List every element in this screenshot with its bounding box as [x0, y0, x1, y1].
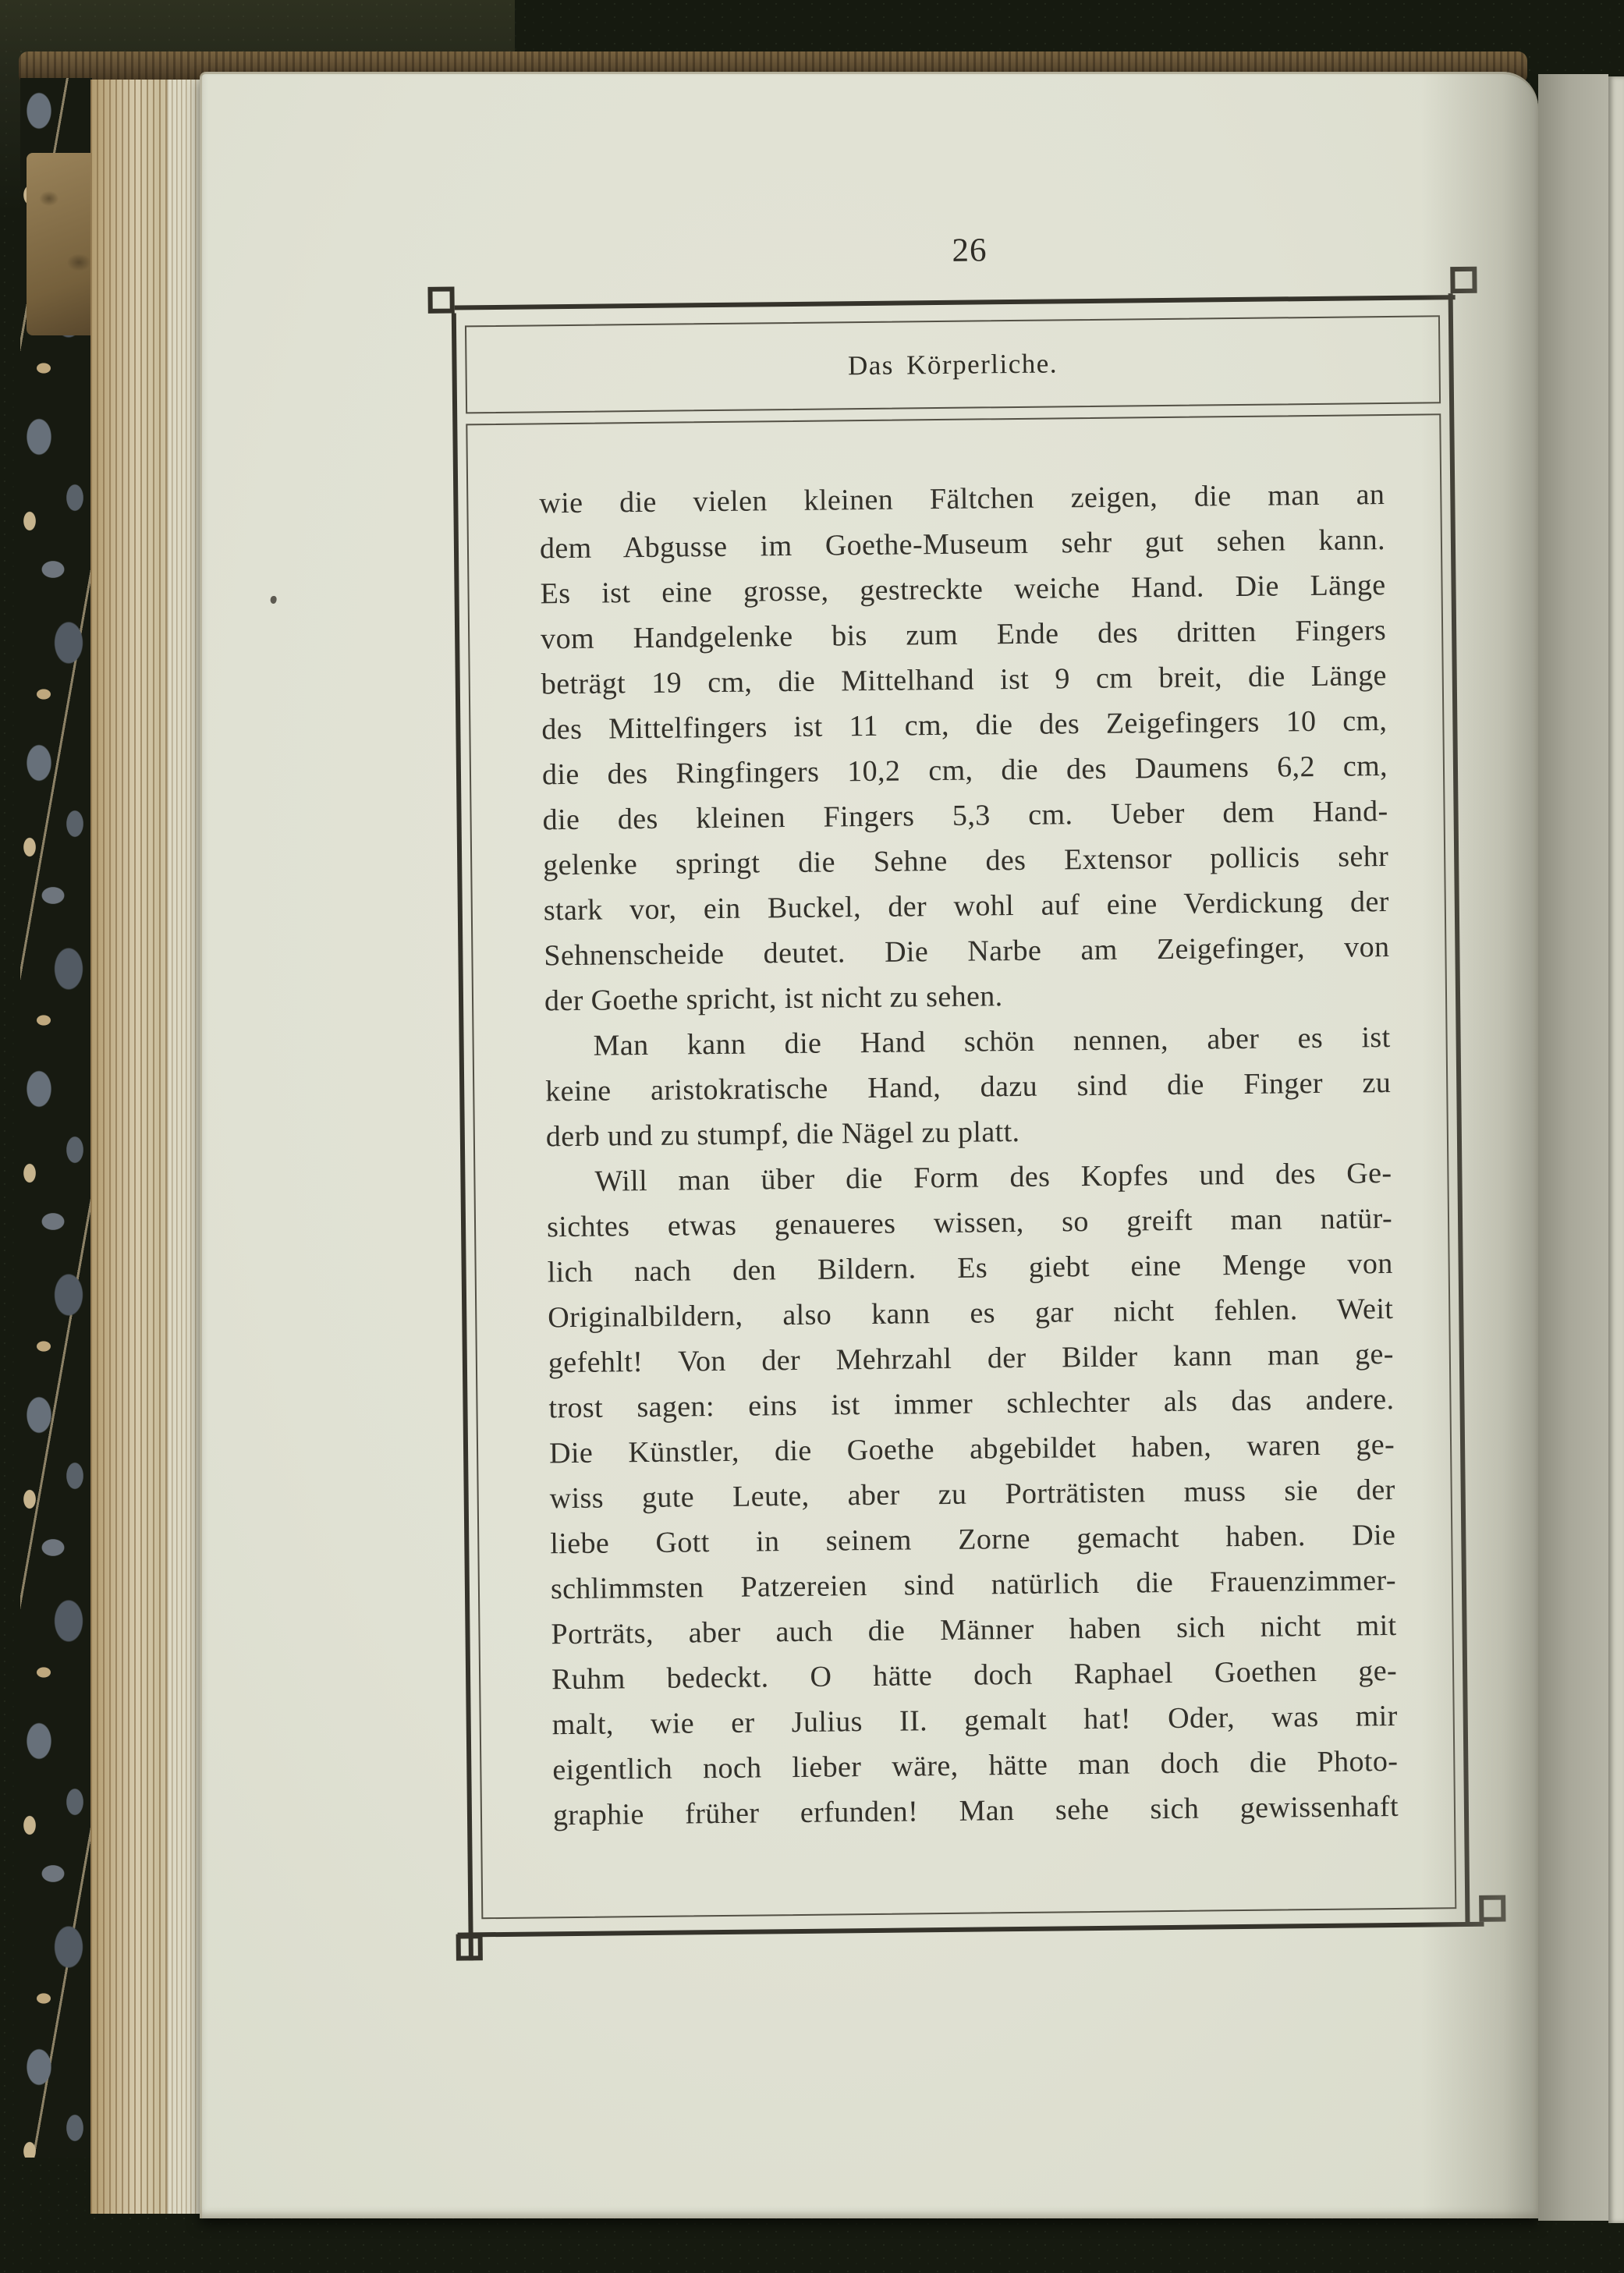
frame-corner-square-top-left: [427, 287, 454, 314]
ink-speck: [271, 596, 277, 604]
gutter-shadow-band: [1538, 74, 1608, 2221]
frame-rule-top: [455, 295, 1456, 310]
book-scan: 26 Das Körperliche. wie die vielen klein…: [0, 0, 1624, 2273]
running-head-box: Das Körperliche.: [465, 315, 1441, 413]
body-line: Sehnenscheide deutet. Die Narbe am Zeige…: [544, 924, 1390, 978]
body-line: keine aristokratische Hand, dazu sind di…: [545, 1060, 1392, 1114]
page-number: 26: [952, 231, 988, 269]
page-stack-edge: [90, 80, 201, 2214]
facing-page-edge: [1608, 76, 1624, 2223]
marbled-cover-paper: [20, 78, 92, 2158]
running-head-title: Das Körperliche.: [848, 348, 1058, 381]
frame-corner-square-bottom-left: [456, 1934, 483, 1960]
frame-rule-bottom: [458, 1922, 1484, 1938]
body-text: wie die vielen kleinen Fältchen zeigen, …: [539, 472, 1399, 1838]
body-line: graphie früher erfunden! Man sehe sich g…: [553, 1784, 1399, 1838]
book-page: 26 Das Körperliche. wie die vielen klein…: [200, 72, 1538, 2218]
gutter-shadow-overlay: [1421, 72, 1538, 2218]
page-content: 26 Das Körperliche. wie die vielen klein…: [189, 65, 1550, 2225]
